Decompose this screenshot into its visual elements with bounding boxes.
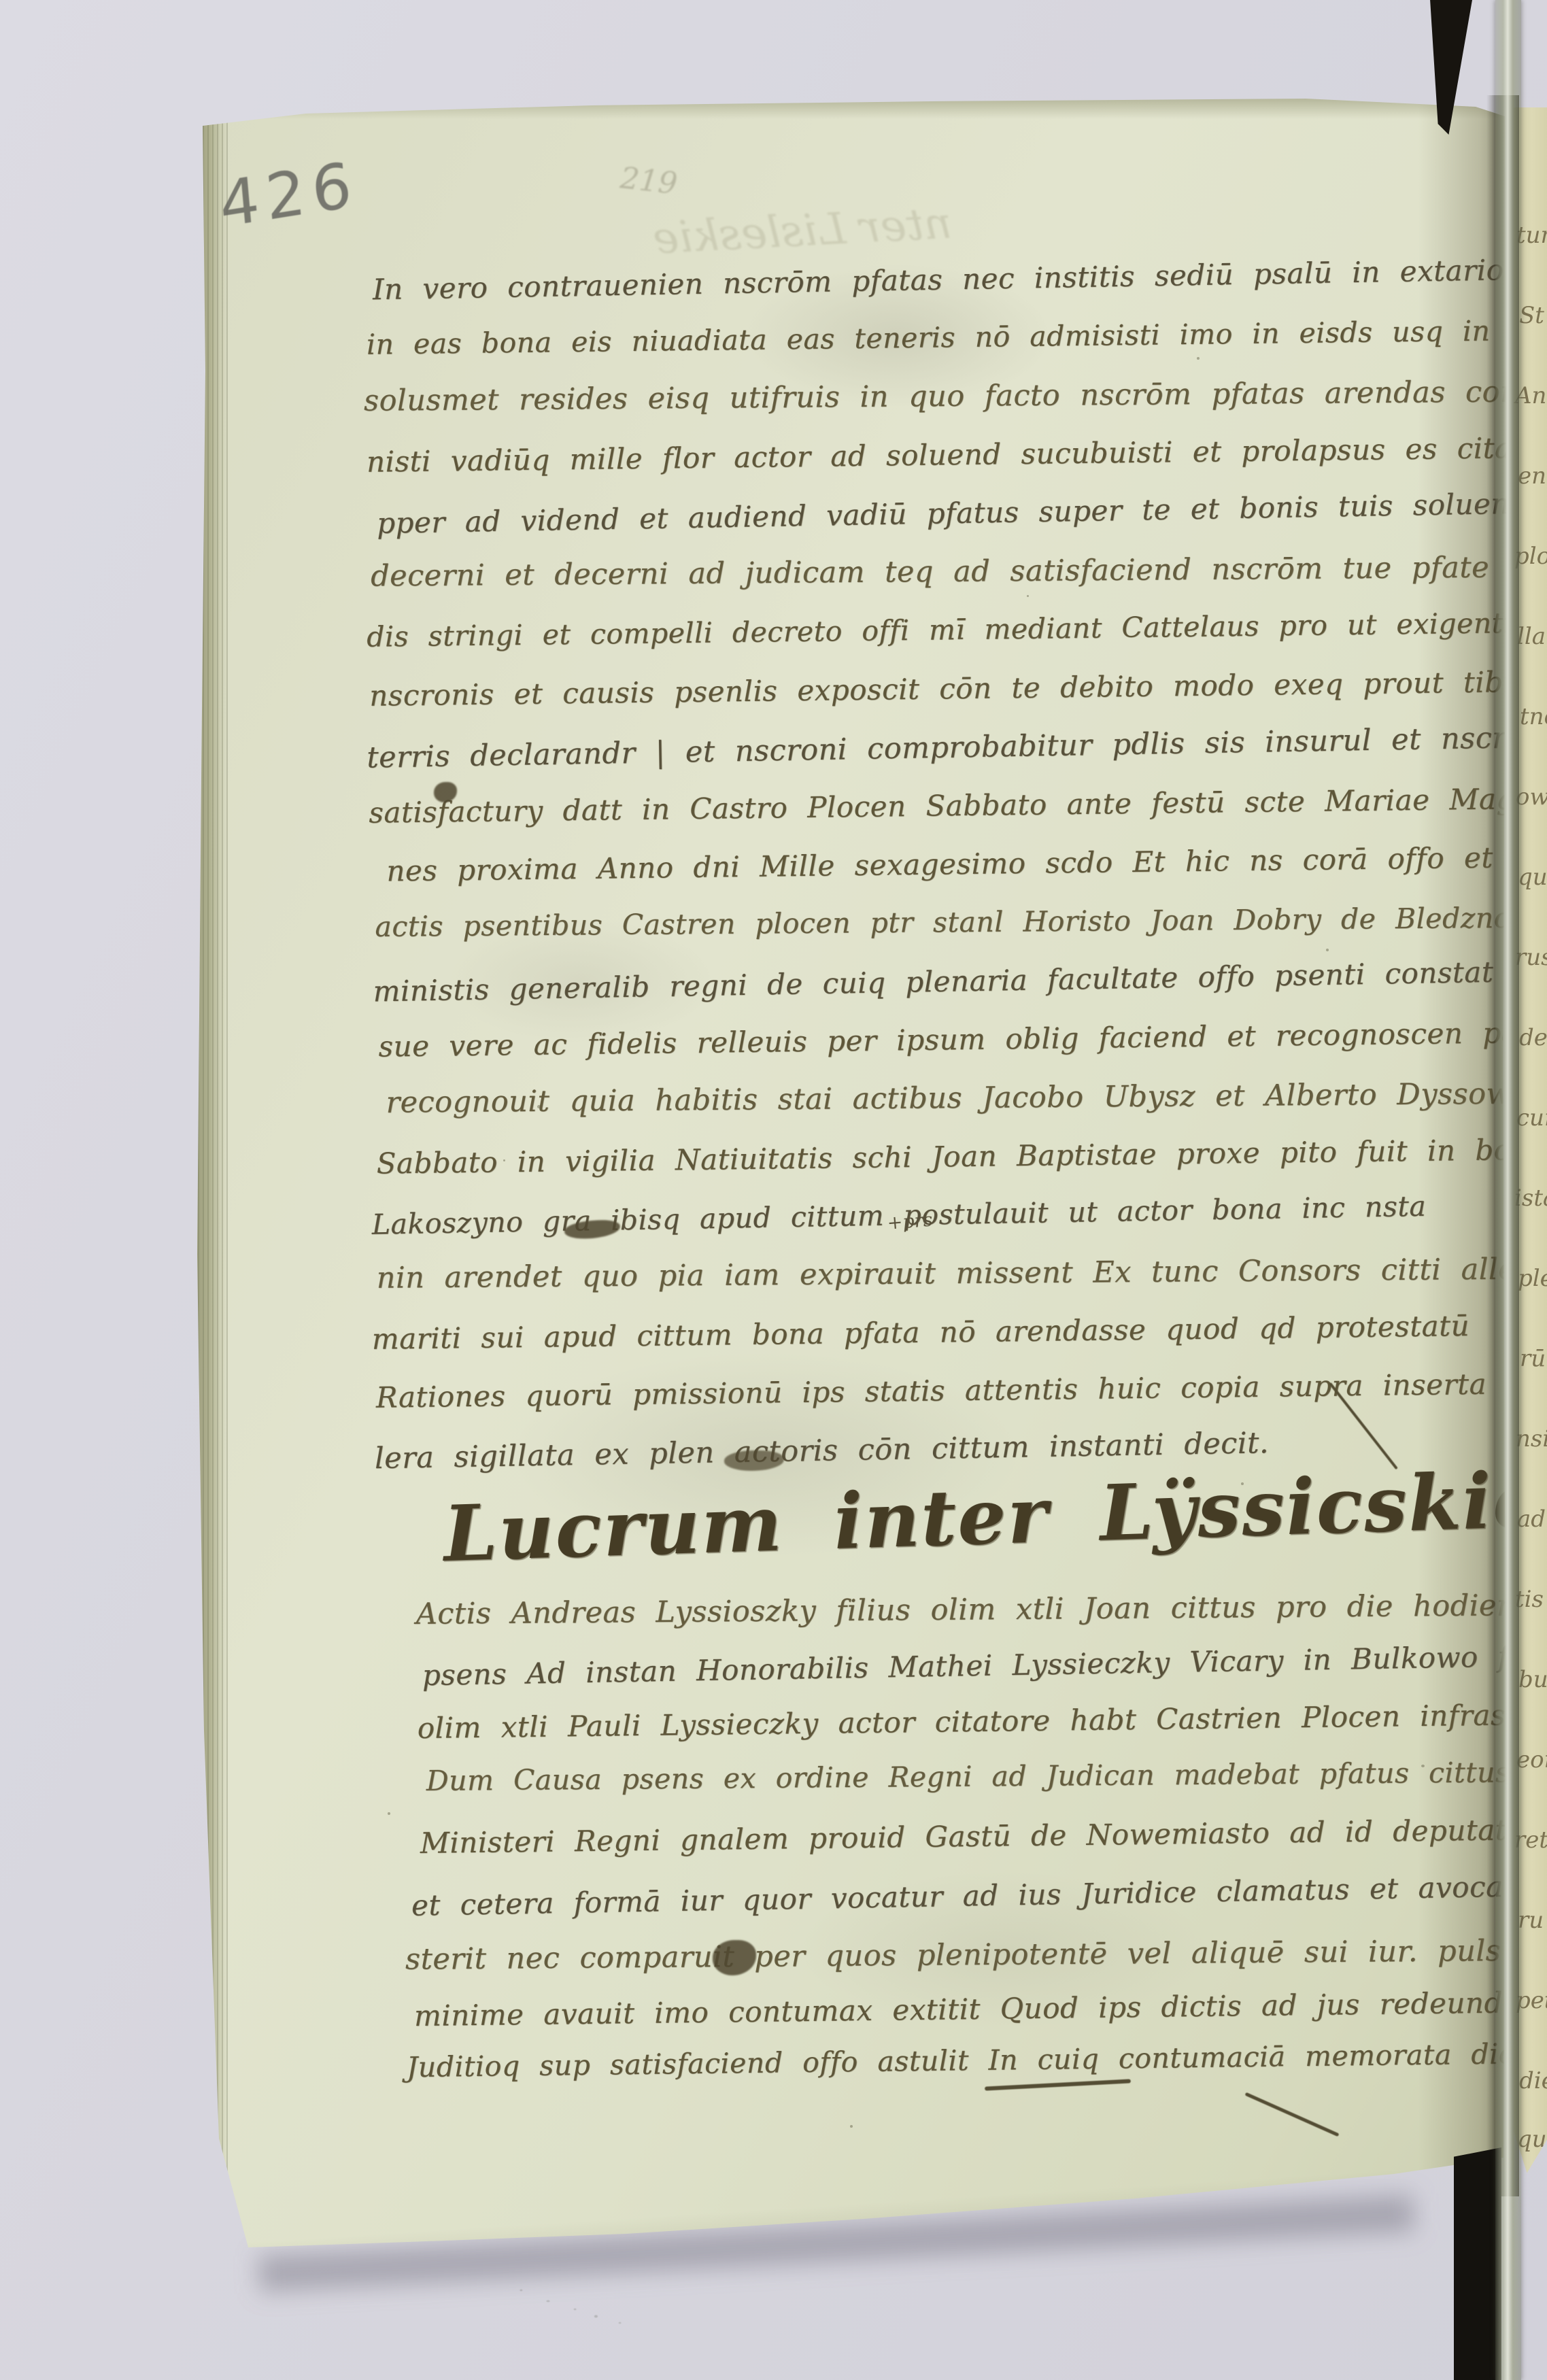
manuscript-line: Juditioq sup satisfaciend offo astulit I…	[407, 2037, 1544, 2084]
next-page-text-fragment: qua	[1518, 864, 1547, 891]
manuscript-line: ministis generalib regni de cuiq plenari…	[373, 953, 1547, 1008]
interlinear-note: +prs	[887, 1209, 934, 1234]
manuscript-line: solusmet resides eisq utifruis in quo fa…	[364, 374, 1547, 418]
next-page-text-fragment: ru	[1518, 1907, 1544, 1934]
manuscript-photo: 426 219 nter Lisleskie In vero contrauen…	[0, 0, 1547, 2380]
manuscript-line: actis psentibus Castren plocen ptr stanl…	[375, 902, 1535, 943]
manuscript-line: Actis Andreas Lyssioszky filius olim xtl…	[416, 1587, 1547, 1631]
manuscript-line: nes proxima Anno dni Mille sexagesimo sc…	[386, 841, 1493, 888]
manuscript-line: sue vere ac fidelis relleuis per ipsum o…	[378, 1016, 1546, 1064]
next-page-text-fragment: St	[1519, 302, 1544, 329]
manuscript-line: terris declarandr | et nscroni comprobab…	[367, 719, 1547, 775]
manuscript-line: psens Ad instan Honorabilis Mathei Lyssi…	[422, 1639, 1546, 1692]
next-page-text-fragment: enim	[1518, 462, 1547, 490]
manuscript-line: nin arendet quo pia iam expirauit missen…	[377, 1252, 1547, 1295]
manuscript-text: In vero contrauenien nscrōm pfatas nec i…	[173, 87, 1523, 2256]
manuscript-line: minime avauit imo contumax extitit Quod …	[414, 1985, 1547, 2033]
manuscript-line: et cetera formā iur quor vocatur ad ius …	[411, 1868, 1547, 1922]
manuscript-line: In vero contrauenien nscrōm pfatas nec i…	[373, 252, 1547, 307]
manuscript-line: Sabbato in vigilia Natiuitatis schi Joan…	[376, 1133, 1511, 1180]
manuscript-line: dis stringi et compelli decreto offi mī …	[367, 607, 1530, 653]
next-page-text-fragment: quā	[1517, 2126, 1547, 2153]
manuscript-line: olim xtli Pauli Lyssieczky actor citator…	[417, 1697, 1547, 1745]
manuscript-line: Rationes quorū pmissionū ips statis atte…	[376, 1366, 1547, 1414]
next-page-text-fragment: pleo	[1518, 1265, 1547, 1292]
next-page-text-fragment: tne	[1520, 703, 1547, 730]
manuscript-line: nscronis et causis psenlis exposcit cōn …	[369, 664, 1547, 712]
next-page-text-fragment: bus	[1518, 1666, 1547, 1693]
manuscript-line: recognouit quia habitis stai actibus Jac…	[386, 1076, 1547, 1120]
manuscript-line: Ministeri Regni gnalem prouid Gastū de N…	[420, 1812, 1547, 1860]
next-page-text-fragment: die	[1519, 2067, 1547, 2094]
pencil-scribble	[503, 2279, 653, 2334]
manuscript-line: Dum Causa psens ex ordine Regni ad Judic…	[426, 1755, 1547, 1797]
next-page-text-fragment: de	[1519, 1024, 1547, 1051]
next-page-text-fragment: adq	[1517, 1506, 1547, 1533]
next-page-text-fragment: rū	[1520, 1345, 1546, 1372]
binding-strip	[1454, 2147, 1501, 2380]
manuscript-line: pper ad vidend et audiend vadiū pfatus s…	[377, 486, 1529, 540]
manuscript-line: in eas bona eis niuadiata eas teneris nō…	[367, 313, 1547, 361]
manuscript-line: satisfactury datt in Castro Plocen Sabba…	[369, 781, 1547, 830]
section-heading: Lucrum inter Lÿssicskie	[442, 1455, 1544, 1579]
manuscript-line: mariti sui apud cittum bona pfata nō are…	[371, 1309, 1469, 1356]
manuscript-page: 426 219 nter Lisleskie In vero contrauen…	[184, 99, 1506, 2251]
manuscript-line: sterit nec comparuit per quos plenipoten…	[405, 1934, 1501, 1977]
next-page-text-fragment: llaro	[1517, 623, 1547, 650]
manuscript-line: nisti vadiūq mille flor actor ad soluend…	[367, 431, 1540, 479]
glass-bar	[1495, 0, 1521, 2380]
manuscript-line: decerni et decerni ad judicam teq ad sat…	[371, 549, 1547, 594]
